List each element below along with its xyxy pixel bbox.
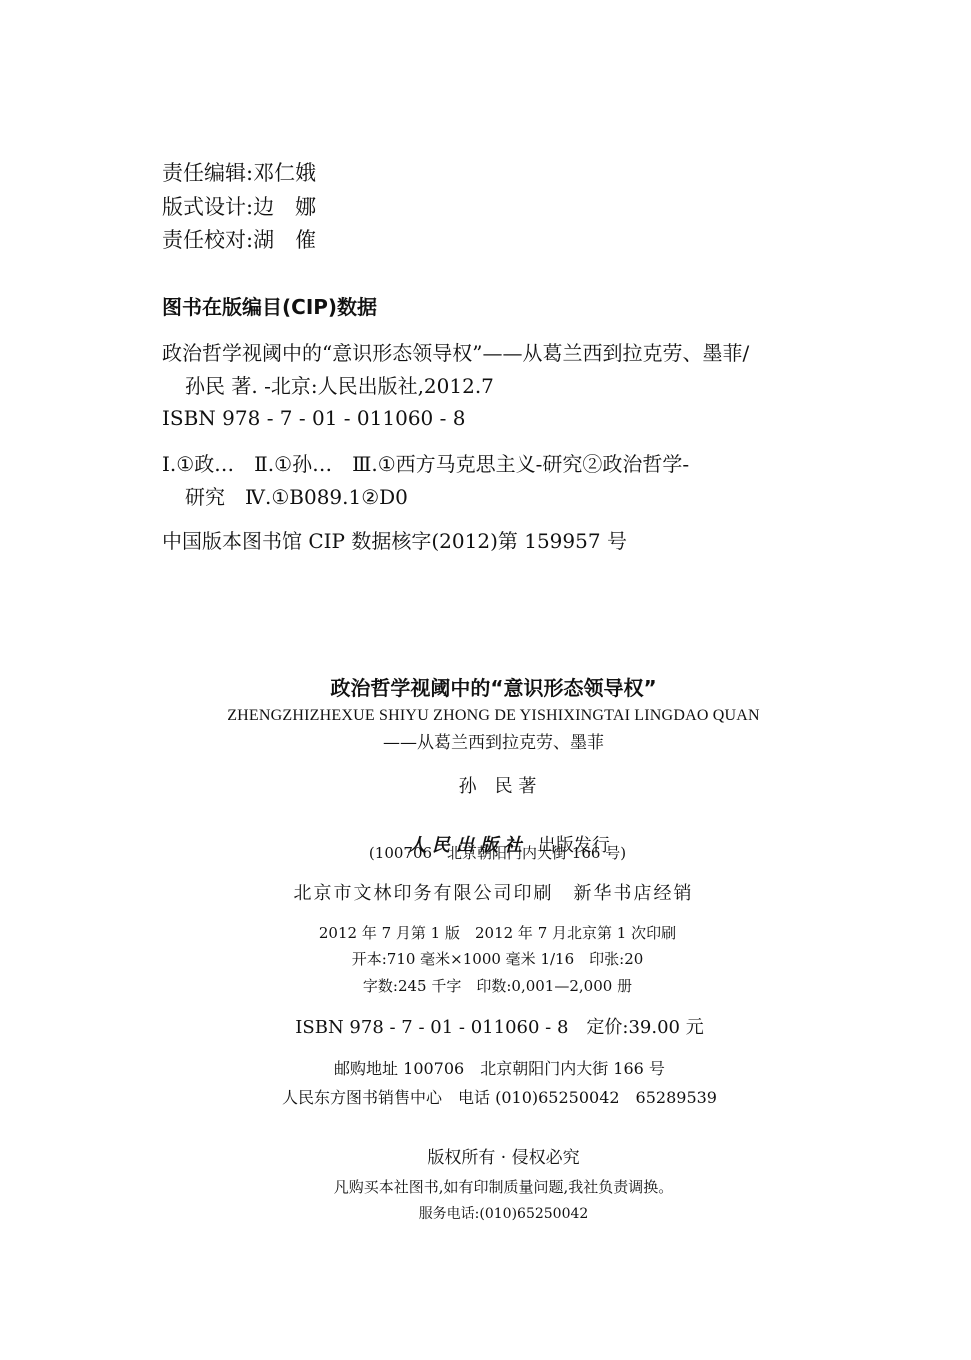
format-line: 开本:710 毫米×1000 毫米 1/16 印张:20 — [12, 952, 971, 967]
copyright-line: 版权所有 · 侵权必究 — [18, 1150, 971, 1167]
exchange-notice: 凡购买本社图书,如有印制质量问题,我社负责调换。 — [18, 1180, 971, 1195]
publisher-address: (100706 北京朝阳门内大街 166 号) — [12, 846, 971, 861]
proofreader: 责任校对:湖 傕 — [162, 230, 316, 251]
mail-order-line: 邮购地址 100706 北京朝阳门内大街 166 号 — [14, 1061, 971, 1077]
responsible-editor: 责任编辑:邓仁娥 — [162, 163, 316, 184]
cip-title-line-2: 孙民 著. -北京:人民出版社,2012.7 — [185, 376, 494, 396]
cip-isbn: ISBN 978 - 7 - 01 - 011060 - 8 — [162, 408, 465, 428]
cip-number: 中国版本图书馆 CIP 数据核字(2012)第 159957 号 — [162, 531, 627, 551]
book-subtitle: ——从葛兰西到拉克劳、墨菲 — [8, 735, 971, 752]
book-title: 政治哲学视阈中的“意识形态领导权” — [8, 678, 971, 698]
edition-line: 2012 年 7 月第 1 版 2012 年 7 月北京第 1 次印刷 — [12, 926, 971, 941]
cip-subjects-line-1: Ⅰ.①政… Ⅱ.①孙… Ⅲ.①西方马克思主义-研究②政治哲学- — [162, 454, 689, 474]
printer-line: 北京市文林印务有限公司印刷 新华书店经销 — [8, 885, 971, 903]
isbn-price-line: ISBN 978 - 7 - 01 - 011060 - 8 定价:39.00 … — [14, 1019, 971, 1037]
cip-subjects-line-2: 研究 Ⅳ.①B089.1②D0 — [185, 487, 408, 507]
word-count-line: 字数:245 千字 印数:0,001—2,000 册 — [12, 979, 971, 994]
author-line: 孙 民 著 — [12, 778, 971, 796]
pinyin-title: ZHENGZHIZHEXUE SHIYU ZHONG DE YISHIXINGT… — [8, 708, 971, 724]
cip-title-line-1: 政治哲学视阈中的“意识形态领导权”——从葛兰西到拉克劳、墨菲/ — [162, 343, 749, 363]
layout-designer: 版式设计:边 娜 — [162, 197, 316, 218]
service-phone: 服务电话:(010)65250042 — [18, 1207, 971, 1221]
sales-center-line: 人民东方图书销售中心 电话 (010)65250042 65289539 — [14, 1090, 971, 1106]
cip-heading: 图书在版编目(CIP)数据 — [162, 297, 377, 317]
